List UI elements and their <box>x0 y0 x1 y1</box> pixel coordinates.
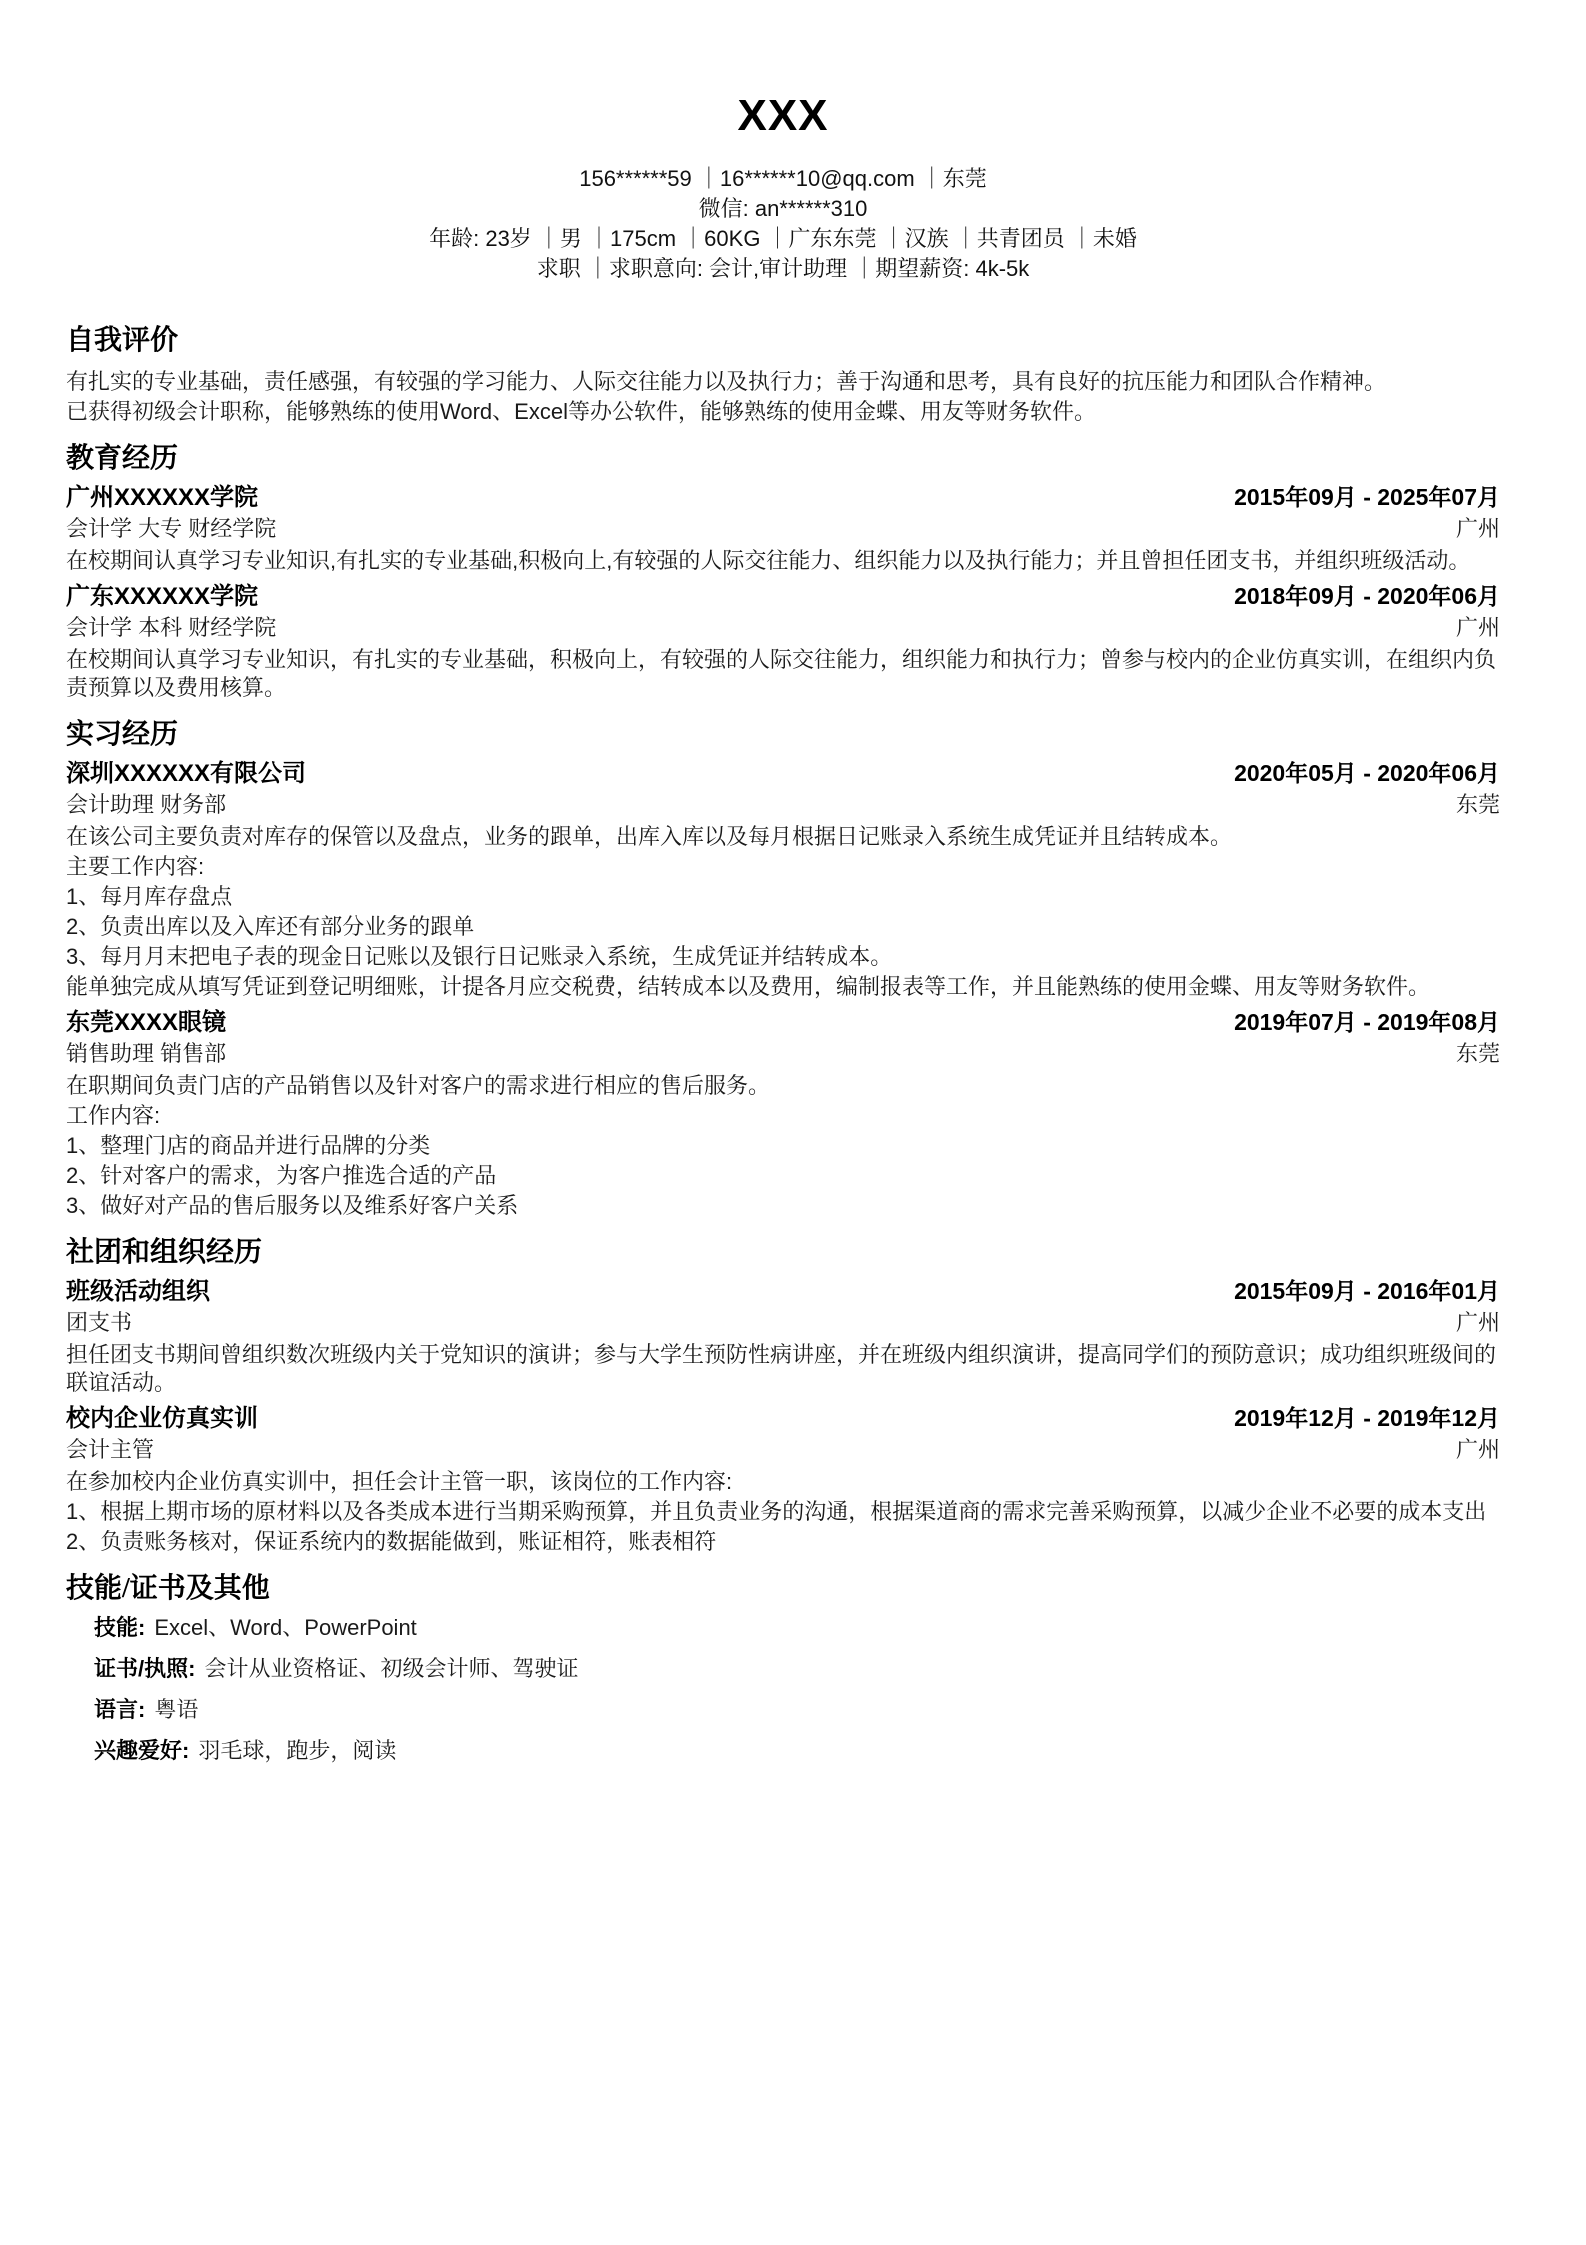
education-entry: 广东XXXXXX学院 2018年09月 - 2020年06月 会计学 本科 财经… <box>66 581 1500 702</box>
resume-header: XXX 156******59 ｜16******10@qq.com ｜东莞 微… <box>66 92 1500 284</box>
section-self-evaluation: 自我评价 有扎实的专业基础，责任感强，有较强的学习能力、人际交往能力以及执行力；… <box>66 324 1500 426</box>
skill-row: 技能:Excel、Word、PowerPoint <box>94 1614 1500 1642</box>
entry-location: 东莞 <box>1456 791 1500 819</box>
contact-line-phone-email-city: 156******59 ｜16******10@qq.com ｜东莞 <box>66 164 1500 194</box>
role-and-department: 会计助理 财务部 <box>66 791 226 819</box>
contact-block: 156******59 ｜16******10@qq.com ｜东莞 微信: a… <box>66 164 1500 284</box>
major-and-college: 会计学 大专 财经学院 <box>66 515 276 543</box>
entry-subhead: 团支书 广州 <box>66 1309 1500 1337</box>
entry-description: 担任团支书期间曾组织数次班级内关于党知识的演讲；参与大学生预防性病讲座，并在班级… <box>66 1341 1500 1397</box>
entry-desc-line: 3、做好对产品的售后服务以及维系好客户关系 <box>66 1192 1500 1220</box>
candidate-name: XXX <box>66 92 1500 140</box>
internship-entry: 深圳XXXXXX有限公司 2020年05月 - 2020年06月 会计助理 财务… <box>66 758 1500 1001</box>
entry-subhead: 会计助理 财务部 东莞 <box>66 791 1500 819</box>
school-name: 广东XXXXXX学院 <box>66 582 258 612</box>
contact-line-wechat: 微信: an******310 <box>66 194 1500 224</box>
organization-name: 班级活动组织 <box>66 1277 210 1307</box>
section-skills: 技能/证书及其他 技能:Excel、Word、PowerPoint 证书/执照:… <box>66 1572 1500 1765</box>
role-and-department: 销售助理 销售部 <box>66 1040 226 1068</box>
entry-desc-line: 在校期间认真学习专业知识，有扎实的专业基础，积极向上，有较强的人际交往能力，组织… <box>66 646 1500 702</box>
entry-desc-line: 2、负责出库以及入库还有部分业务的跟单 <box>66 913 1500 941</box>
skill-label: 兴趣爱好: <box>94 1738 198 1763</box>
entry-subhead: 会计学 本科 财经学院 广州 <box>66 614 1500 642</box>
entry-description: 在校期间认真学习专业知识,有扎实的专业基础,积极向上,有较强的人际交往能力、组织… <box>66 547 1500 575</box>
entry-date-range: 2015年09月 - 2025年07月 <box>1234 482 1500 512</box>
entry-desc-line: 1、每月库存盘点 <box>66 883 1500 911</box>
entry-head: 深圳XXXXXX有限公司 2020年05月 - 2020年06月 <box>66 758 1500 789</box>
entry-subhead: 会计学 大专 财经学院 广州 <box>66 515 1500 543</box>
section-organizations: 社团和组织经历 班级活动组织 2015年09月 - 2016年01月 团支书 广… <box>66 1236 1500 1556</box>
entry-subhead: 会计主管 广州 <box>66 1436 1500 1464</box>
skill-row: 兴趣爱好:羽毛球，跑步，阅读 <box>94 1737 1500 1765</box>
company-name: 东莞XXXX眼镜 <box>66 1008 226 1038</box>
entry-desc-line: 2、针对客户的需求，为客户推选合适的产品 <box>66 1162 1500 1190</box>
organization-name: 校内企业仿真实训 <box>66 1404 258 1434</box>
entry-head: 校内企业仿真实训 2019年12月 - 2019年12月 <box>66 1403 1500 1434</box>
skills-list: 技能:Excel、Word、PowerPoint 证书/执照:会计从业资格证、初… <box>66 1614 1500 1765</box>
entry-date-range: 2020年05月 - 2020年06月 <box>1234 758 1500 788</box>
entry-date-range: 2019年07月 - 2019年08月 <box>1234 1007 1500 1037</box>
entry-head: 广州XXXXXX学院 2015年09月 - 2025年07月 <box>66 482 1500 513</box>
entry-location: 广州 <box>1456 1436 1500 1464</box>
entry-location: 广州 <box>1456 614 1500 642</box>
self-evaluation-paragraph: 已获得初级会计职称，能够熟练的使用Word、Excel等办公软件，能够熟练的使用… <box>66 398 1500 426</box>
organization-entry: 校内企业仿真实训 2019年12月 - 2019年12月 会计主管 广州 在参加… <box>66 1403 1500 1556</box>
section-title-internship: 实习经历 <box>66 718 1500 752</box>
entry-description: 在参加校内企业仿真实训中，担任会计主管一职，该岗位的工作内容: 1、根据上期市场… <box>66 1468 1500 1556</box>
skill-value: 粤语 <box>154 1697 198 1722</box>
skill-label: 技能: <box>94 1615 154 1640</box>
entry-desc-line: 1、根据上期市场的原材料以及各类成本进行当期采购预算，并且负责业务的沟通，根据渠… <box>66 1498 1500 1526</box>
entry-head: 广东XXXXXX学院 2018年09月 - 2020年06月 <box>66 581 1500 612</box>
skill-row: 语言:粤语 <box>94 1696 1500 1724</box>
skill-label: 语言: <box>94 1697 154 1722</box>
entry-subhead: 销售助理 销售部 东莞 <box>66 1040 1500 1068</box>
entry-desc-line: 担任团支书期间曾组织数次班级内关于党知识的演讲；参与大学生预防性病讲座，并在班级… <box>66 1341 1500 1397</box>
organization-entry: 班级活动组织 2015年09月 - 2016年01月 团支书 广州 担任团支书期… <box>66 1276 1500 1397</box>
entry-desc-line: 1、整理门店的商品并进行品牌的分类 <box>66 1132 1500 1160</box>
section-internship: 实习经历 深圳XXXXXX有限公司 2020年05月 - 2020年06月 会计… <box>66 718 1500 1220</box>
entry-description: 在职期间负责门店的产品销售以及针对客户的需求进行相应的售后服务。 工作内容: 1… <box>66 1072 1500 1220</box>
entry-location: 广州 <box>1456 1309 1500 1337</box>
skill-value: 会计从业资格证、初级会计师、驾驶证 <box>204 1656 578 1681</box>
education-entry: 广州XXXXXX学院 2015年09月 - 2025年07月 会计学 大专 财经… <box>66 482 1500 575</box>
entry-desc-line: 在校期间认真学习专业知识,有扎实的专业基础,积极向上,有较强的人际交往能力、组织… <box>66 547 1500 575</box>
section-education: 教育经历 广州XXXXXX学院 2015年09月 - 2025年07月 会计学 … <box>66 442 1500 702</box>
section-title-education: 教育经历 <box>66 442 1500 476</box>
contact-line-job-intention: 求职 ｜求职意向: 会计,审计助理 ｜期望薪资: 4k-5k <box>66 254 1500 284</box>
entry-description: 在校期间认真学习专业知识，有扎实的专业基础，积极向上，有较强的人际交往能力，组织… <box>66 646 1500 702</box>
internship-entry: 东莞XXXX眼镜 2019年07月 - 2019年08月 销售助理 销售部 东莞… <box>66 1007 1500 1220</box>
entry-description: 在该公司主要负责对库存的保管以及盘点，业务的跟单，出库入库以及每月根据日记账录入… <box>66 823 1500 1001</box>
entry-head: 班级活动组织 2015年09月 - 2016年01月 <box>66 1276 1500 1307</box>
entry-date-range: 2015年09月 - 2016年01月 <box>1234 1276 1500 1306</box>
skill-label: 证书/执照: <box>94 1656 204 1681</box>
organization-role: 团支书 <box>66 1309 132 1337</box>
school-name: 广州XXXXXX学院 <box>66 483 258 513</box>
entry-desc-line: 主要工作内容: <box>66 853 1500 881</box>
contact-line-personal-info: 年龄: 23岁 ｜男 ｜175cm ｜60KG ｜广东东莞 ｜汉族 ｜共青团员 … <box>66 224 1500 254</box>
entry-date-range: 2018年09月 - 2020年06月 <box>1234 581 1500 611</box>
entry-desc-line: 工作内容: <box>66 1102 1500 1130</box>
section-title-self-evaluation: 自我评价 <box>66 324 1500 358</box>
entry-location: 东莞 <box>1456 1040 1500 1068</box>
resume-document: XXX 156******59 ｜16******10@qq.com ｜东莞 微… <box>0 0 1586 2245</box>
entry-desc-line: 在该公司主要负责对库存的保管以及盘点，业务的跟单，出库入库以及每月根据日记账录入… <box>66 823 1500 851</box>
entry-desc-line: 2、负责账务核对，保证系统内的数据能做到，账证相符，账表相符 <box>66 1528 1500 1556</box>
self-evaluation-paragraph: 有扎实的专业基础，责任感强，有较强的学习能力、人际交往能力以及执行力；善于沟通和… <box>66 368 1500 396</box>
major-and-college: 会计学 本科 财经学院 <box>66 614 276 642</box>
organization-role: 会计主管 <box>66 1436 154 1464</box>
skill-value: 羽毛球，跑步，阅读 <box>198 1738 396 1763</box>
entry-desc-line: 3、每月月末把电子表的现金日记账以及银行日记账录入系统，生成凭证并结转成本。 <box>66 943 1500 971</box>
skill-value: Excel、Word、PowerPoint <box>154 1615 416 1640</box>
entry-desc-line: 在参加校内企业仿真实训中，担任会计主管一职，该岗位的工作内容: <box>66 1468 1500 1496</box>
section-title-skills: 技能/证书及其他 <box>66 1572 1500 1606</box>
company-name: 深圳XXXXXX有限公司 <box>66 759 306 789</box>
entry-desc-line: 能单独完成从填写凭证到登记明细账，计提各月应交税费，结转成本以及费用，编制报表等… <box>66 973 1500 1001</box>
section-title-organizations: 社团和组织经历 <box>66 1236 1500 1270</box>
entry-location: 广州 <box>1456 515 1500 543</box>
entry-head: 东莞XXXX眼镜 2019年07月 - 2019年08月 <box>66 1007 1500 1038</box>
skill-row: 证书/执照:会计从业资格证、初级会计师、驾驶证 <box>94 1655 1500 1683</box>
entry-date-range: 2019年12月 - 2019年12月 <box>1234 1403 1500 1433</box>
self-evaluation-content: 有扎实的专业基础，责任感强，有较强的学习能力、人际交往能力以及执行力；善于沟通和… <box>66 368 1500 426</box>
entry-desc-line: 在职期间负责门店的产品销售以及针对客户的需求进行相应的售后服务。 <box>66 1072 1500 1100</box>
